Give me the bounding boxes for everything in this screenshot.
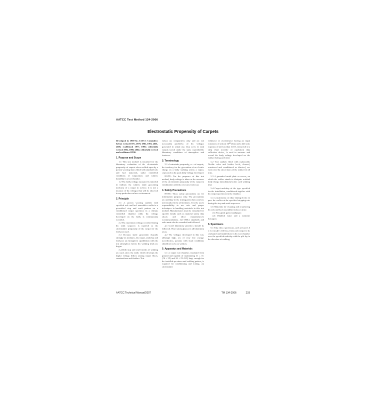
para-5-4: 5.4 Carpet underlay of the type specifie… <box>208 187 250 195</box>
column-1: Developed in 1969 by AATCC Committee RA3… <box>116 140 158 288</box>
para-5-3: 5.3 A grounded metal plate or screen, on… <box>208 175 250 186</box>
heading-terminology: 3. Terminology <box>162 159 204 162</box>
list-item-2: (2) Distilled water and a nonionic deter… <box>208 215 250 221</box>
para-5-5: 5.5 A metronome or other timing device t… <box>208 196 250 204</box>
footer-manual-label: AATCC Technical Manual/2007 <box>116 291 151 294</box>
column-3: voltmeter or electrometer having an inpu… <box>208 140 250 288</box>
page-content: AATCC Test Method 134-2006 Electrostatic… <box>116 118 250 298</box>
heading-principle: 2. Principle <box>116 197 158 200</box>
para-2-3: 2.3 Because static generation depends st… <box>116 234 158 248</box>
para-continuation-col2: values are comparative only and are not … <box>162 140 204 157</box>
para-3-1: 3.1 electrostatic propensity, n.—of carp… <box>162 163 204 174</box>
para-1-2: 1.2 The body voltage measured is intende… <box>116 181 158 195</box>
screenshot-canvas: AATCC Test Method 134-2006 Electrostatic… <box>0 0 368 420</box>
document-page: AATCC Test Method 134-2006 Electrostatic… <box>116 118 250 298</box>
column-2: values are comparative only and are not … <box>162 140 204 288</box>
para-5-2: 5.2 Test sandals fitted with replaceable… <box>208 160 250 174</box>
heading-apparatus-materials: 5. Apparatus and Materials <box>162 247 204 250</box>
para-2-4: 2.4 Both step and scuff modes of walking… <box>116 249 158 260</box>
note-terminology: NOTE: For the purposes of this test meth… <box>162 175 204 186</box>
para-continuation-col3: voltmeter or electrometer having an inpu… <box>208 140 250 160</box>
heading-safety-precautions: 4. Safety Precautions <box>162 189 204 192</box>
heading-purpose-scope: 1. Purpose and Scope <box>116 156 158 159</box>
para-5-6: 5.6 Materials for cleaning and resurfaci… <box>208 206 250 212</box>
heading-specimens: 6. Specimens <box>208 222 250 225</box>
revision-history: Developed in 1969 by AATCC Committee RA3… <box>116 140 158 154</box>
para-2-1: 2.1 A person wearing sandals with specif… <box>116 201 158 221</box>
footer-tm-label: TM 134-2006 <box>221 291 236 294</box>
para-4-1: 4.1 Good laboratory practices should be … <box>162 225 204 233</box>
para-2-2: 2.2 The maximum voltage recorded during … <box>116 222 158 233</box>
para-4-2: 4.2 The voltages developed in this test,… <box>162 234 204 245</box>
footer-page-number: 233 <box>246 291 250 294</box>
footer-right-group: TM 134-2006 233 <box>221 291 250 294</box>
text-columns: Developed in 1969 by AATCC Committee RA3… <box>116 140 250 288</box>
doc-title: Electrostatic Propensity of Carpets <box>116 129 250 134</box>
para-1-1: 1.1 This test method is intended for the… <box>116 160 158 180</box>
doc-header: AATCC Test Method 134-2006 <box>116 118 250 122</box>
page-footer: AATCC Technical Manual/2007 TM 134-2006 … <box>116 291 250 294</box>
para-5-1: 5.1 A carpet test chamber, insulated fro… <box>162 252 204 269</box>
note-safety: NOTE: These safety precautions are for i… <box>162 193 204 224</box>
para-6-1: 6.1 Take three specimens, each at least … <box>208 227 250 241</box>
